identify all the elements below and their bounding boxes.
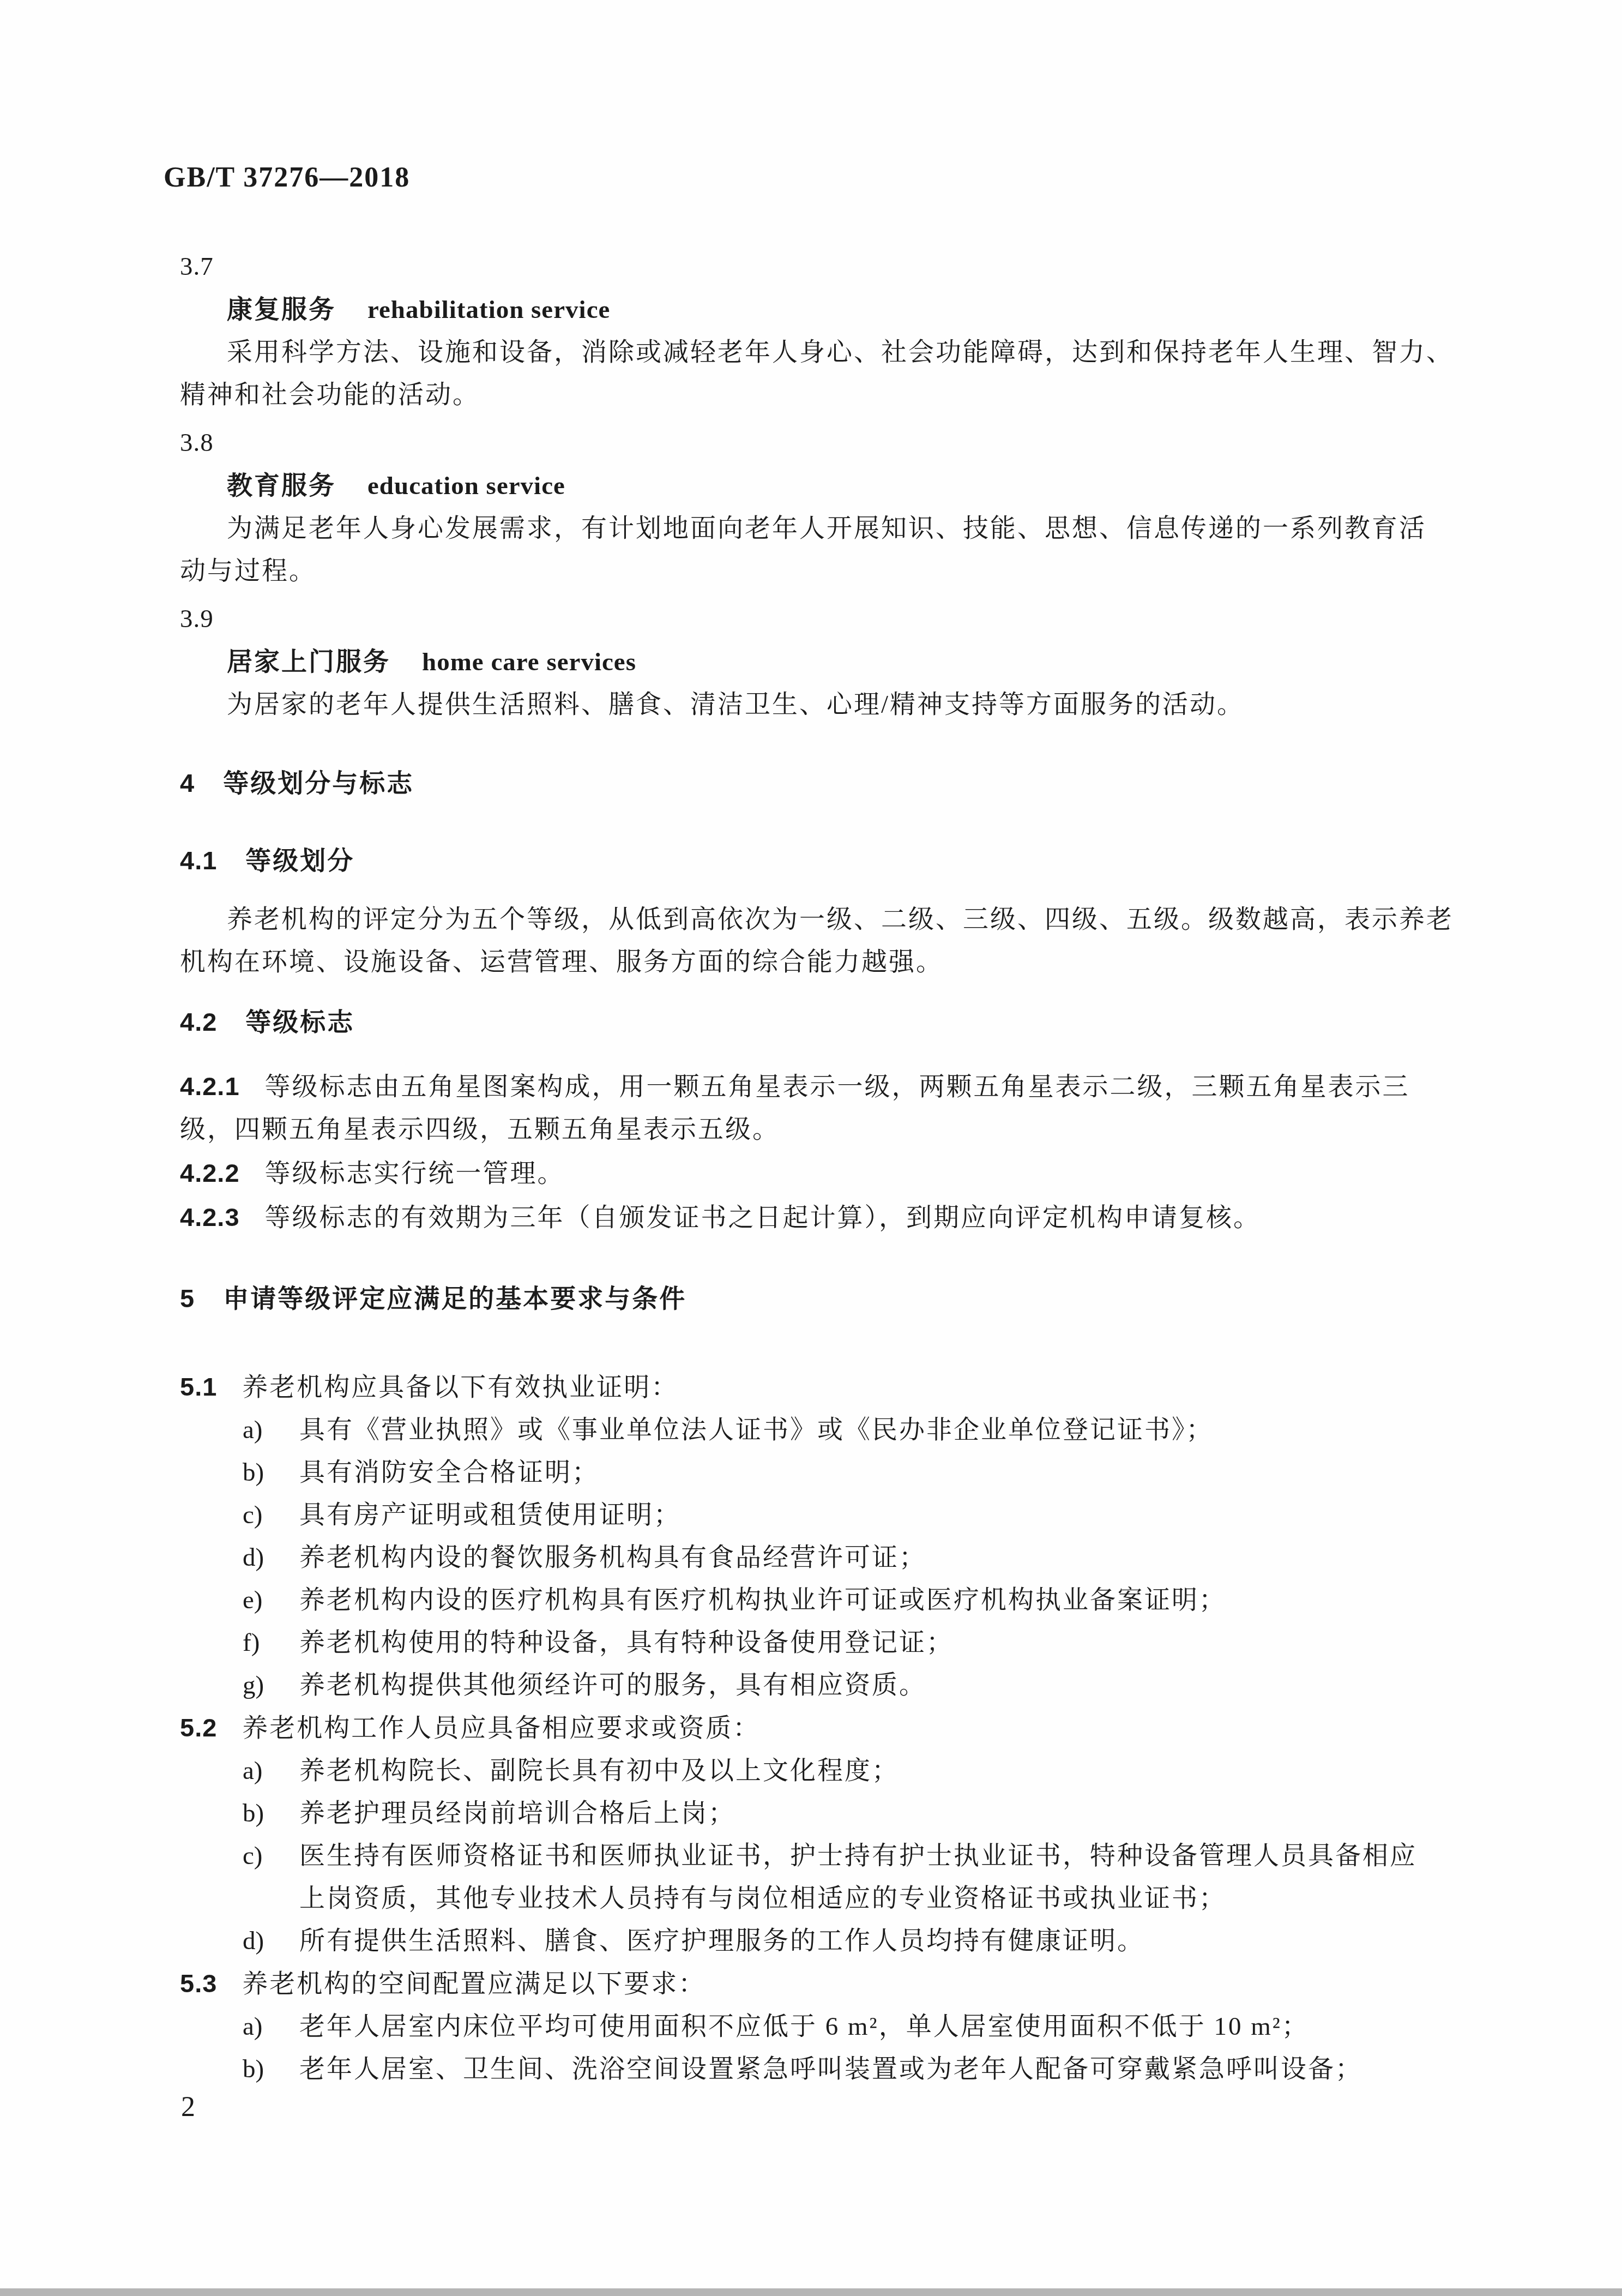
- list-item: d)养老机构内设的餐饮服务机构具有食品经营许可证；: [180, 1536, 1499, 1579]
- term-definition-line: 精神和社会功能的活动。: [180, 374, 1499, 416]
- clause-text: 等级标志由五角星图案构成，用一颗五角星表示一级，两颗五角星表示二级，三颗五角星表…: [265, 1073, 1410, 1101]
- clause-number: 4.2.3: [180, 1203, 240, 1231]
- term-definition-line: 为居家的老年人提供生活照料、膳食、清洁卫生、心理/精神支持等方面服务的活动。: [180, 683, 1499, 726]
- list-item-text: 所有提供生活照料、膳食、医疗护理服务的工作人员均持有健康证明。: [299, 1927, 1144, 1955]
- clause-title: 等级标志: [245, 1007, 354, 1036]
- clause-number: 5.3: [180, 1969, 217, 1998]
- list-item: c)具有房产证明或租赁使用证明；: [180, 1494, 1499, 1536]
- list-item-label: b): [243, 2048, 264, 2090]
- list-item: b)养老护理员经岗前培训合格后上岗；: [180, 1792, 1499, 1835]
- clause-text: 养老机构工作人员应具备相应要求或资质：: [242, 1714, 760, 1742]
- list-item-text: 养老护理员经岗前培训合格后上岗；: [299, 1799, 735, 1828]
- scan-edge-shadow: [0, 2288, 1622, 2296]
- clause-5-3-lead: 5.3养老机构的空间配置应满足以下要求：: [180, 1962, 1499, 2005]
- list-item-text: 老年人居室内床位平均可使用面积不应低于 6 m²，单人居室使用面积不低于 10 …: [299, 2012, 1309, 2041]
- clause-4-2-heading: 4.2等级标志: [180, 1001, 1499, 1043]
- term-entry-3-9: 3.9 居家上门服务home care services 为居家的老年人提供生活…: [180, 598, 1499, 726]
- list-item-text: 养老机构使用的特种设备，具有特种设备使用登记证；: [299, 1628, 954, 1657]
- clause-4-2-1-continuation: 级，四颗五角星表示四级，五颗五角星表示五级。: [180, 1108, 1499, 1151]
- clause-4-2-1: 4.2.1等级标志由五角星图案构成，用一颗五角星表示一级，两颗五角星表示二级，三…: [180, 1065, 1499, 1108]
- term-definition-line: 为满足老年人身心发展需求，有计划地面向老年人开展知识、技能、思想、信息传递的一系…: [180, 507, 1499, 550]
- clause-title: 等级划分: [245, 846, 354, 875]
- list-item: e)养老机构内设的医疗机构具有医疗机构执业许可证或医疗机构执业备案证明；: [180, 1579, 1499, 1621]
- list-item-text: 医生持有医师资格证书和医师执业证书，护士持有护士执业证书，特种设备管理人员具备相…: [299, 1842, 1417, 1870]
- clause-number: 4.1: [180, 846, 217, 875]
- clause-title: 申请等级评定应满足的基本要求与条件: [223, 1284, 686, 1313]
- list-item-label: a): [243, 1409, 263, 1451]
- list-item: b)具有消防安全合格证明；: [180, 1451, 1499, 1494]
- clause-4-2-2: 4.2.2等级标志实行统一管理。: [180, 1152, 1499, 1195]
- clause-number: 4.2.2: [180, 1158, 240, 1187]
- list-item-label: a): [243, 1750, 263, 1792]
- list-item-label: d): [243, 1536, 264, 1579]
- paragraph-line: 养老机构的评定分为五个等级，从低到高依次为一级、二级、三级、四级、五级。级数越高…: [180, 898, 1499, 941]
- clause-4-1-heading: 4.1等级划分: [180, 839, 1499, 882]
- clause-4-1-paragraph: 养老机构的评定分为五个等级，从低到高依次为一级、二级、三级、四级、五级。级数越高…: [180, 898, 1499, 983]
- clause-number: 4: [180, 768, 195, 797]
- list-item-text: 养老机构院长、副院长具有初中及以上文化程度；: [299, 1757, 899, 1785]
- list-item-text: 老年人居室、卫生间、洗浴空间设置紧急呼叫装置或为老年人配备可穿戴紧急呼叫设备；: [299, 2055, 1362, 2083]
- list-item: a)老年人居室内床位平均可使用面积不应低于 6 m²，单人居室使用面积不低于 1…: [180, 2005, 1499, 2048]
- list-item-label: b): [243, 1792, 264, 1835]
- clause-number: 5.1: [180, 1372, 217, 1401]
- clause-title: 等级划分与标志: [223, 768, 414, 797]
- term-name-en: home care services: [422, 648, 636, 676]
- clause-4-heading: 4等级划分与标志: [180, 762, 1499, 804]
- running-header: GB/T 37276—2018: [164, 164, 410, 192]
- list-item: d)所有提供生活照料、膳食、医疗护理服务的工作人员均持有健康证明。: [180, 1920, 1499, 1962]
- term-entry-3-7: 3.7 康复服务rehabilitation service 采用科学方法、设施…: [180, 245, 1499, 416]
- term-number: 3.9: [180, 598, 1499, 640]
- term-name-zh: 教育服务: [227, 471, 336, 500]
- term-title-line: 教育服务education service: [180, 464, 1499, 507]
- list-item-text: 养老机构内设的医疗机构具有医疗机构执业许可证或医疗机构执业备案证明；: [299, 1586, 1226, 1614]
- list-item: f)养老机构使用的特种设备，具有特种设备使用登记证；: [180, 1621, 1499, 1664]
- term-title-line: 居家上门服务home care services: [180, 640, 1499, 683]
- clause-number: 4.2: [180, 1007, 217, 1036]
- list-item: g)养老机构提供其他须经许可的服务，具有相应资质。: [180, 1664, 1499, 1706]
- paragraph-line: 机构在环境、设施设备、运营管理、服务方面的综合能力越强。: [180, 941, 1499, 983]
- term-name-zh: 康复服务: [227, 294, 336, 323]
- clause-4-2-3: 4.2.3等级标志的有效期为三年（自颁发证书之日起计算），到期应向评定机构申请复…: [180, 1196, 1499, 1239]
- clause-text: 等级标志的有效期为三年（自颁发证书之日起计算），到期应向评定机构申请复核。: [265, 1204, 1261, 1232]
- clause-text: 养老机构的空间配置应满足以下要求：: [242, 1970, 706, 1998]
- list-item-label: d): [243, 1920, 264, 1962]
- document-page: GB/T 37276—2018 3.7 康复服务rehabilitation s…: [0, 0, 1622, 2296]
- term-number: 3.7: [180, 245, 1499, 288]
- list-item-text: 具有消防安全合格证明；: [299, 1458, 599, 1487]
- clause-number: 5.2: [180, 1713, 217, 1742]
- list-item-text: 养老机构提供其他须经许可的服务，具有相应资质。: [299, 1671, 926, 1699]
- list-item-continuation: 上岗资质，其他专业技术人员持有与岗位相适应的专业资格证书或执业证书；: [180, 1877, 1499, 1920]
- term-name-zh: 居家上门服务: [227, 647, 390, 676]
- list-item-text: 具有《营业执照》或《事业单位法人证书》或《民办非企业单位登记证书》；: [299, 1416, 1214, 1444]
- list-item: a)具有《营业执照》或《事业单位法人证书》或《民办非企业单位登记证书》；: [180, 1409, 1499, 1451]
- list-item-label: e): [243, 1579, 263, 1621]
- list-item-label: c): [243, 1494, 263, 1536]
- list-item-label: f): [243, 1621, 260, 1664]
- term-definition-line: 采用科学方法、设施和设备，消除或减轻老年人身心、社会功能障碍，达到和保持老年人生…: [180, 331, 1499, 374]
- clause-text: 等级标志实行统一管理。: [265, 1159, 565, 1188]
- page-number: 2: [181, 2093, 195, 2121]
- term-definition-line: 动与过程。: [180, 550, 1499, 592]
- list-item: a)养老机构院长、副院长具有初中及以上文化程度；: [180, 1750, 1499, 1792]
- clause-5-2-lead: 5.2养老机构工作人员应具备相应要求或资质：: [180, 1706, 1499, 1750]
- term-name-en: education service: [367, 472, 565, 500]
- list-item: c)医生持有医师资格证书和医师执业证书，护士持有护士执业证书，特种设备管理人员具…: [180, 1835, 1499, 1877]
- list-item-text: 养老机构内设的餐饮服务机构具有食品经营许可证；: [299, 1543, 926, 1572]
- term-name-en: rehabilitation service: [367, 296, 610, 324]
- clause-text: 养老机构应具备以下有效执业证明：: [242, 1373, 678, 1402]
- list-item: b)老年人居室、卫生间、洗浴空间设置紧急呼叫装置或为老年人配备可穿戴紧急呼叫设备…: [180, 2048, 1499, 2090]
- term-title-line: 康复服务rehabilitation service: [180, 288, 1499, 331]
- list-item-label: b): [243, 1451, 264, 1494]
- clause-5-heading: 5申请等级评定应满足的基本要求与条件: [180, 1277, 1499, 1320]
- clause-5-1-lead: 5.1养老机构应具备以下有效执业证明：: [180, 1366, 1499, 1409]
- list-item-label: g): [243, 1664, 264, 1706]
- list-item-text: 具有房产证明或租赁使用证明；: [299, 1501, 681, 1529]
- clause-number: 4.2.1: [180, 1072, 240, 1101]
- clause-number: 5: [180, 1284, 195, 1313]
- term-entry-3-8: 3.8 教育服务education service 为满足老年人身心发展需求，有…: [180, 422, 1499, 592]
- list-item-label: a): [243, 2005, 263, 2048]
- term-number: 3.8: [180, 422, 1499, 464]
- list-item-label: c): [243, 1835, 263, 1877]
- page-content: 3.7 康复服务rehabilitation service 采用科学方法、设施…: [180, 245, 1499, 2090]
